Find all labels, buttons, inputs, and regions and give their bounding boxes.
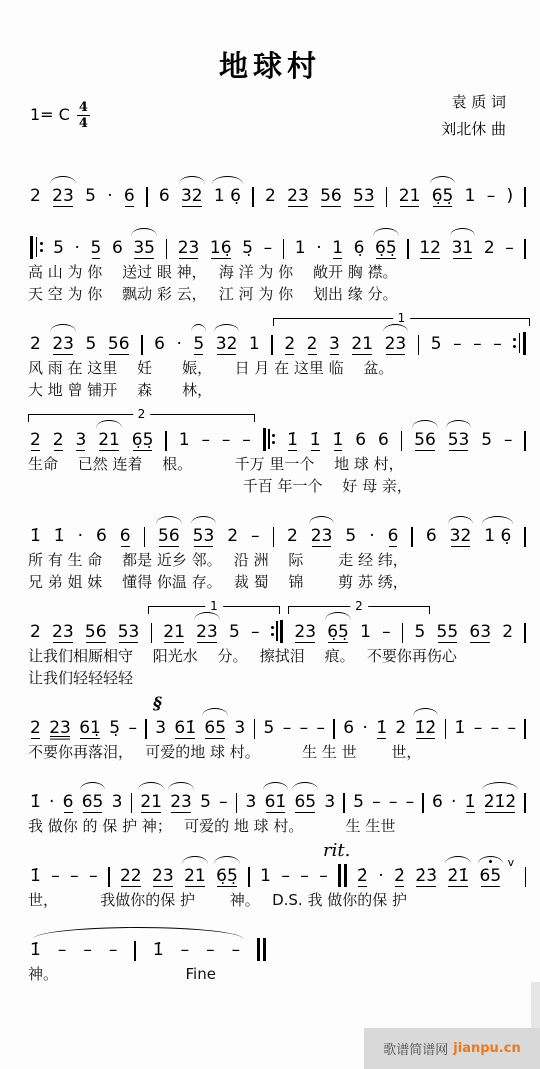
note: 5 (415, 620, 426, 644)
note: 23 (52, 620, 74, 644)
note: 5 (431, 332, 442, 356)
duration-dash: – (128, 716, 137, 740)
lyrics-line-6-2: 让我们轻轻轻轻 (28, 667, 528, 689)
note: 5 (345, 524, 356, 548)
duration-dash: – (219, 790, 228, 814)
note: 61̣ (79, 716, 101, 740)
note: 12 (419, 236, 441, 260)
final-barline (257, 937, 266, 961)
barline (524, 239, 526, 259)
lyrics-line-7-1: 不要你再落泪， 可爱的地 球 村。 生 生 世 世， (28, 741, 528, 763)
bar-thick-stroke (523, 332, 526, 355)
music-line-7: §22361̣5̣–361̇6535–––6·1̇2̇1̇2̇1̇––– (28, 699, 528, 741)
duration-dash: – (283, 716, 292, 740)
system-8: 1̇·665321235–361̇6535–––6·1̇2̇1̇2̇我 做你 的… (28, 773, 528, 837)
duration-dash: – (264, 236, 273, 260)
time-signature: 44 (77, 101, 90, 130)
augmentation-dot: · (49, 790, 54, 814)
duration-dash: – (319, 864, 328, 888)
slur-arc (138, 782, 164, 790)
note: 56 (85, 620, 107, 644)
note: 2̇1̇ (447, 864, 469, 888)
duration-dash: – (251, 620, 260, 644)
barline (283, 239, 285, 259)
barline (524, 431, 526, 451)
system-2: 5·56352316̣5̣–1·16̣6̣5̣12312–高 山 为 你 送过 … (28, 219, 528, 305)
slur-arc (212, 176, 243, 184)
augmentation-dot: · (451, 790, 456, 814)
system-1: 2235·66321 6̣2235653216̣5̣1–) (28, 167, 528, 209)
barline (343, 793, 345, 813)
note: 5 (85, 184, 96, 208)
barline (524, 719, 526, 739)
note: 6̣ (354, 236, 365, 260)
music-line-1: 2235·66321 6̣2235653216̣5̣1–) (28, 167, 528, 209)
note: 65 (204, 716, 226, 740)
note: 56 (158, 524, 180, 548)
repeat-dots (40, 242, 43, 253)
repeat-dot (513, 345, 516, 348)
slur-arc (445, 856, 471, 864)
slur-arc (292, 782, 318, 790)
slur-arc (450, 228, 476, 236)
barline (524, 623, 526, 643)
duration-dash: – (406, 790, 415, 814)
bar-thick-stroke (280, 620, 283, 643)
note: 56 (108, 332, 130, 356)
duration-dash: – (491, 716, 500, 740)
note: 23 (152, 864, 174, 888)
segno-icon: § (153, 694, 162, 714)
duration-dash: – (300, 864, 309, 888)
slur-arc (482, 782, 518, 790)
note: 65 (480, 864, 502, 888)
repeat-dots (271, 626, 274, 637)
note: 35 (133, 236, 155, 260)
note: 1̇ (310, 428, 321, 452)
barline (407, 239, 409, 259)
augmentation-dot: · (75, 236, 80, 260)
song-title: 地球村 (0, 44, 540, 85)
music-line-4: 2223216̣5̣1–––1̇1̇1̇6656535– (28, 411, 528, 453)
slur-arc (50, 176, 76, 184)
note: 6 (112, 236, 123, 260)
slur-arc (156, 516, 182, 524)
music-line-8: 1̇·665321235–361̇6535–––6·1̇2̇1̇2̇ (28, 773, 528, 815)
watermark-site: 歌谱简谱网 (383, 1039, 448, 1058)
lyrics-line-5-1: 所 有 生 命 都是 近乡 邻。 沿 洲 际 走 经 纬， (28, 549, 528, 571)
note: 1 (332, 236, 343, 260)
augmentation-dot: · (369, 524, 374, 548)
note: 5 (193, 332, 204, 356)
repeat-dots (272, 434, 275, 445)
key-signature: 1= C44 (30, 101, 90, 130)
repeat-dots (513, 338, 516, 349)
watermark-domain: jianpu.cn (453, 1041, 520, 1056)
double-barline (338, 863, 347, 887)
barline (141, 335, 143, 355)
duration-dash: – (251, 524, 260, 548)
note: 21 (399, 184, 421, 208)
duration-dash: – (382, 620, 391, 644)
ending-bracket-2: 2 (288, 606, 430, 614)
note: 21 (140, 790, 162, 814)
note: 1̇2̇ (415, 716, 437, 740)
note: 6 (124, 184, 135, 208)
duration-dash: – (181, 938, 190, 962)
note: 2 (307, 332, 318, 356)
note: 2 (287, 524, 298, 548)
system-3: 12235566·532122321235–––风 雨 在 这里 妊 娠， 日 … (28, 315, 528, 401)
note: 53 (193, 524, 215, 548)
system-9: rit.1̇–––2223216̣5̣1–––2̇·2̇2̇3̇2̇1̇65v世… (28, 847, 528, 911)
note: 3 (324, 790, 335, 814)
duration-dash: – (389, 790, 398, 814)
note: 3 (112, 790, 123, 814)
duration-dash: – (487, 184, 496, 208)
note: 2 (30, 716, 41, 740)
note: 5̣ (242, 236, 253, 260)
slur-arc (214, 856, 240, 864)
note: 5 (229, 620, 240, 644)
note: 2̇ (395, 716, 406, 740)
slur-arc (413, 708, 439, 716)
note: 21 (184, 864, 206, 888)
meta-block: 1= C44 袁 质 词 刘北休 曲 (30, 89, 506, 151)
augmentation-dot: · (362, 716, 367, 740)
barline (108, 867, 110, 887)
note: 6 (388, 524, 399, 548)
time-top: 4 (77, 101, 90, 116)
music-line-5: 1̇1̇·6656532–2235·66321 6̣ (28, 507, 528, 549)
time-bottom: 4 (79, 116, 88, 130)
slur-arc (191, 324, 206, 332)
note: 3 (155, 716, 166, 740)
note: 55 (437, 620, 459, 644)
system-10: 1̇–––1̇–––神。 Fine (28, 921, 528, 985)
note: 2̇ (357, 864, 368, 888)
duration-dash: – (281, 864, 290, 888)
slur-arc (446, 420, 472, 428)
note: 2 (484, 236, 495, 260)
repeat-start-barline (30, 235, 43, 259)
edge-strip (531, 982, 540, 1028)
bar-thin-stroke (276, 621, 278, 641)
note: 5 (481, 428, 492, 452)
lyrics-line-8-1: 我 做你 的 保 护 神； 可爱的 地 球 村。 生 生世 (28, 815, 528, 837)
note: 5 (200, 790, 211, 814)
barline (333, 719, 335, 739)
barline (248, 867, 250, 887)
note: 65 (294, 790, 316, 814)
barline (252, 187, 254, 207)
system-5: 1̇1̇·6656532–2235·66321 6̣所 有 生 命 都是 近乡 … (28, 507, 528, 593)
note: 2 (502, 620, 513, 644)
duration-dash: – (507, 716, 516, 740)
barline (151, 623, 153, 643)
barline (273, 527, 275, 547)
barline (146, 187, 148, 207)
duration-dash: – (493, 332, 502, 356)
slur-arc (482, 516, 513, 524)
note: 23 (196, 620, 218, 644)
slur-arc (448, 516, 474, 524)
note: 6̣5̣ (375, 236, 397, 260)
barline (165, 431, 167, 451)
augmentation-dot: · (107, 184, 112, 208)
music-line-3: 12235566·532122321235––– (28, 315, 528, 357)
duration-dash: – (89, 864, 98, 888)
lyrics-line-9-1: 世， 我做你的保 护 神。 D.S. 我 做你的保 护 (28, 889, 528, 911)
note: 1 (260, 864, 271, 888)
slur-arc (96, 420, 122, 428)
note: 23 (385, 332, 407, 356)
bar-thick-stroke (30, 236, 33, 259)
note: 21 (351, 332, 373, 356)
slur-arc (50, 324, 76, 332)
duration-dash: – (222, 428, 231, 452)
barline (524, 527, 526, 547)
note: 63 (469, 620, 491, 644)
note: 1 6̣ (484, 524, 511, 548)
note: 1̇ (333, 428, 344, 452)
lyrics-line-4-1: 生命 已然 连着 根。 千万 里一个 地 球 村， (28, 453, 528, 475)
note: 3 (234, 716, 245, 740)
note: 23 (52, 332, 74, 356)
note: 23 (49, 716, 71, 740)
note: 5 (53, 236, 64, 260)
note: 53 (118, 620, 140, 644)
note: 31 (452, 236, 474, 260)
barline (236, 793, 238, 813)
note: 6 (63, 790, 74, 814)
note: 6 (120, 524, 131, 548)
barline (166, 239, 168, 259)
duration-dash: – (473, 332, 482, 356)
slur-arc (182, 856, 208, 864)
slur-arc (80, 782, 106, 790)
note: 61̇ (265, 790, 287, 814)
paren-close: ) (507, 184, 514, 208)
barline (271, 335, 273, 355)
breath-mark: v (508, 851, 515, 875)
repeat-dot (272, 441, 275, 444)
barline (145, 719, 147, 739)
note: 2 (30, 332, 41, 356)
score: 2235·66321 6̣2235653216̣5̣1–)5·56352316̣… (28, 167, 528, 985)
slur-arc (263, 782, 289, 790)
slur-arc (179, 176, 205, 184)
bar-thick-stroke (338, 864, 341, 887)
note: 1 (295, 236, 306, 260)
repeat-dot (513, 338, 516, 341)
note: 1̇ (30, 524, 41, 548)
note: 1 (360, 620, 371, 644)
duration-dash: – (51, 864, 60, 888)
slur-arc (412, 420, 438, 428)
note: 23 (170, 790, 192, 814)
duration-dash: – (58, 938, 67, 962)
note: 23 (287, 184, 309, 208)
duration-dash: – (242, 428, 251, 452)
note: 2 (284, 332, 295, 356)
note: 1̇ (30, 790, 41, 814)
bar-thin-stroke (36, 237, 38, 257)
note: 5 (264, 716, 275, 740)
note: 6̣5̣ (216, 864, 238, 888)
duration-dash: – (206, 938, 215, 962)
duration-dash: – (504, 428, 513, 452)
note: 23 (52, 184, 74, 208)
music-line-10: 1̇–––1̇––– (28, 921, 528, 963)
system-4: 2223216̣5̣1–––1̇1̇1̇6656535–生命 已然 连着 根。 … (28, 411, 528, 497)
duration-dash: – (453, 332, 462, 356)
repeat-end-barline (271, 619, 284, 643)
duration-dash: – (316, 716, 325, 740)
note: 53 (353, 184, 375, 208)
note: 1̇ (153, 938, 164, 962)
lyrics-line-6-1: 让我们相厮相守 阳光水 分。 擦拭泪 痕。 不要你再伤心 (28, 645, 528, 667)
lyrics-line-10-1: 神。 Fine (28, 963, 528, 985)
note: 3 (75, 428, 86, 452)
bar-thick-stroke (263, 428, 266, 451)
barline (524, 187, 526, 207)
note: 6 (96, 524, 107, 548)
barline (144, 527, 146, 547)
lyrics-line-5-2: 兄 弟 姐 妹 懂得 你温 存。 裁 蜀 锦 剪 苏 绣， (28, 571, 528, 593)
slur-arc (214, 324, 240, 332)
bar-thin-stroke (268, 429, 270, 449)
note: 2̇ (394, 864, 405, 888)
note: 32 (181, 184, 203, 208)
slur-arc (202, 708, 228, 716)
slur-arc (309, 516, 335, 524)
note: 6 (343, 716, 354, 740)
note: 23 (178, 236, 200, 260)
watermark: 歌谱简谱网 jianpu.cn (364, 1028, 540, 1069)
note: 5 (91, 236, 102, 260)
slur-arc (194, 612, 220, 620)
note: 32 (450, 524, 472, 548)
barline (445, 719, 447, 739)
note: 23 (311, 524, 333, 548)
note: 56 (320, 184, 342, 208)
ending-number: 2 (350, 599, 368, 614)
note: 3 (246, 790, 257, 814)
lyrics-line-3-2: 大 地 曾 铺开 森 林， (28, 379, 528, 401)
note: 1̇ (465, 790, 476, 814)
duration-dash: – (201, 428, 210, 452)
note: 2 (30, 184, 41, 208)
repeat-dot (271, 633, 274, 636)
bar-thick-stroke (257, 938, 260, 961)
note: 2̇3̇ (415, 864, 437, 888)
duration-dash: – (70, 864, 79, 888)
barline (386, 187, 388, 207)
note: 5̣ (109, 716, 120, 740)
note: 1̇ (30, 864, 41, 888)
repeat-start-barline (263, 427, 276, 451)
note: 1̇ (454, 716, 465, 740)
note: 1 (249, 332, 260, 356)
bar-thick-stroke (263, 938, 266, 961)
note: 23 (294, 620, 316, 644)
note: 61̇ (174, 716, 196, 740)
augmentation-dot: · (316, 236, 321, 260)
barline (254, 719, 256, 739)
note: 2 (265, 184, 276, 208)
note: 6 (159, 184, 170, 208)
ritardando-marking: rit. (323, 840, 350, 861)
repeat-dot (40, 249, 43, 252)
barline (524, 793, 526, 813)
note: 6 (154, 332, 165, 356)
duration-dash: – (232, 938, 241, 962)
system-7: §22361̣5̣–361̇6535–––6·1̇2̇1̇2̇1̇–––不要你再… (28, 699, 528, 763)
barline (134, 941, 136, 961)
system-6: 12223565321235–236̣5̣1–555632让我们相厮相守 阳光水… (28, 603, 528, 689)
lyrics-line-3-1: 风 雨 在 这里 妊 娠， 日 月 在 这里 临 盆。 (28, 357, 528, 379)
note: 6 (355, 428, 366, 452)
slur-arc (131, 228, 157, 236)
augmentation-dot: · (176, 332, 181, 356)
note: 6̣5̣ (327, 620, 349, 644)
augmentation-dot: · (378, 864, 383, 888)
repeat-dot (40, 242, 43, 245)
music-line-9: rit.1̇–––2223216̣5̣1–––2̇·2̇2̇3̇2̇1̇65v (28, 847, 528, 889)
barline (402, 623, 404, 643)
barline (422, 793, 424, 813)
duration-dash: – (372, 790, 381, 814)
note: 1̇ (287, 428, 298, 452)
note: 6̣5̣ (132, 428, 154, 452)
sheet-page: 地球村 1= C44 袁 质 词 刘北休 曲 2235·66321 6̣2235… (0, 0, 540, 1069)
note: 1 (465, 184, 476, 208)
note: 21 (163, 620, 185, 644)
duration-dash: – (505, 236, 514, 260)
augmentation-dot: · (78, 524, 83, 548)
barline (401, 431, 403, 451)
barline (418, 335, 420, 355)
note: 6 (378, 428, 389, 452)
repeat-dot (272, 434, 275, 437)
note: 5 (353, 790, 364, 814)
note: 65 (82, 790, 104, 814)
duration-dash: – (300, 716, 309, 740)
slur-arc (168, 782, 194, 790)
note: 2̇1̇2̇ (484, 790, 516, 814)
slur-arc (373, 228, 399, 236)
ending-number: 2 (133, 407, 151, 422)
note: 2 (30, 428, 41, 452)
note: 21 (98, 428, 120, 452)
note: 56 (414, 428, 436, 452)
barline (131, 793, 133, 813)
note: 22 (120, 864, 142, 888)
repeat-dot (271, 626, 274, 629)
note: 6 (432, 790, 443, 814)
note: 32 (216, 332, 238, 356)
note: 1 (179, 428, 190, 452)
duration-dash: – (109, 938, 118, 962)
barline (411, 527, 413, 547)
slur-arc (191, 516, 217, 524)
credits: 袁 质 词 刘北休 曲 (441, 89, 506, 143)
composer: 刘北休 曲 (441, 116, 506, 143)
note: 2 (30, 620, 41, 644)
note: 2 (53, 428, 64, 452)
repeat-end-barline (513, 331, 526, 355)
